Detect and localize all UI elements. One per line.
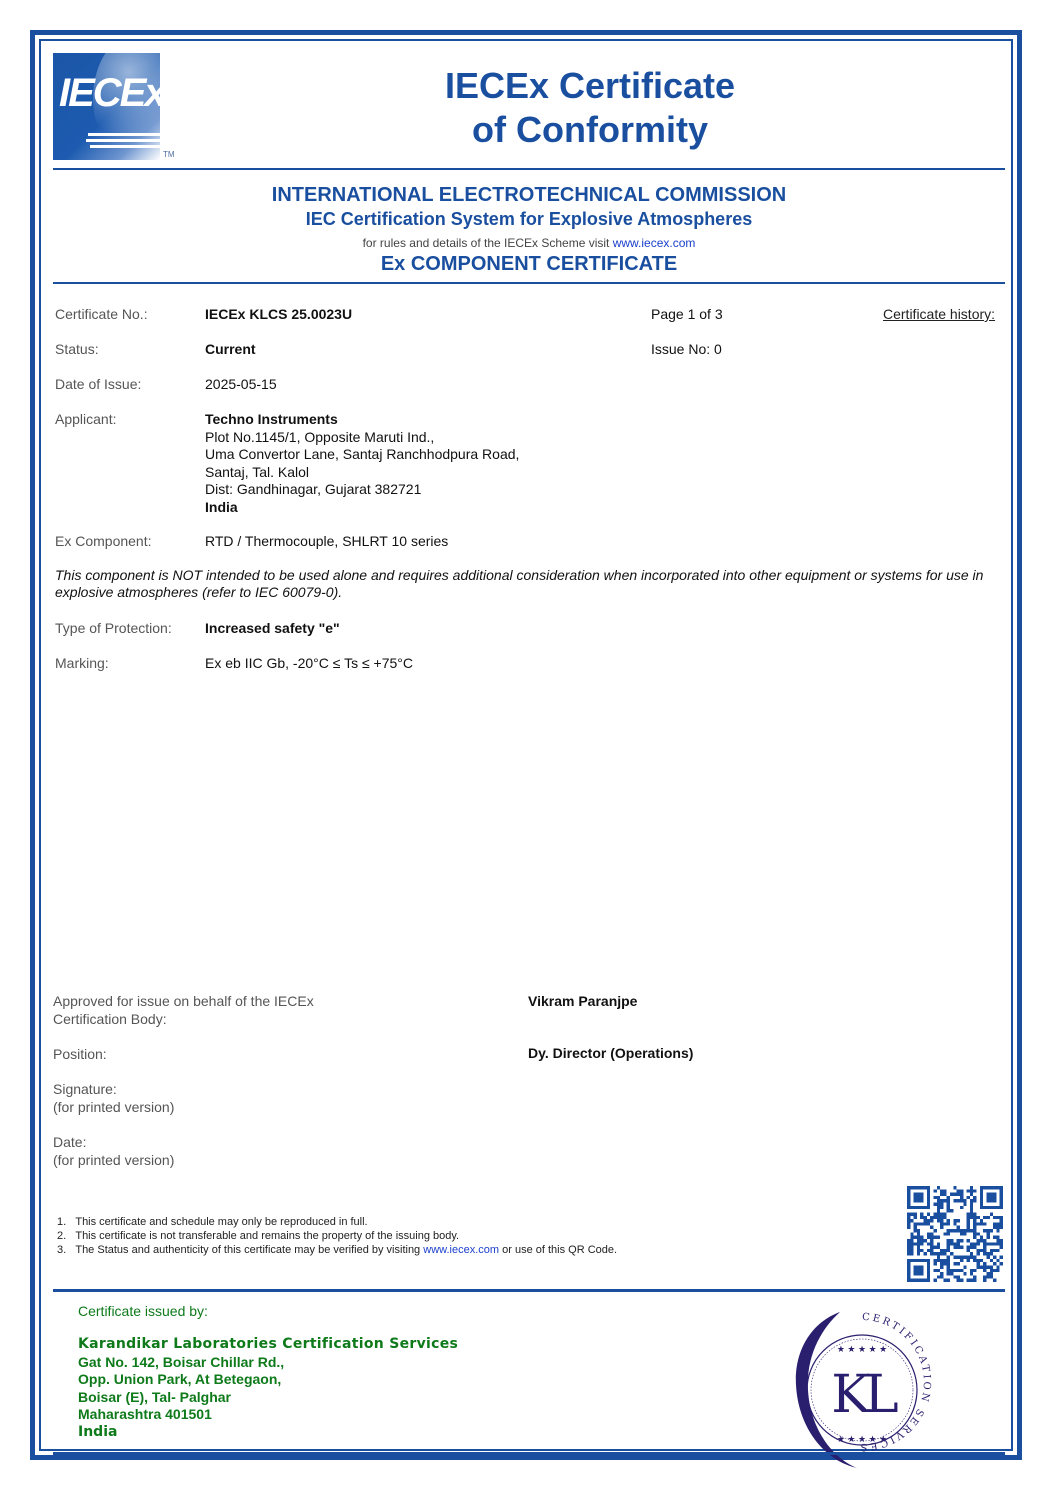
position-value: Dy. Director (Operations): [528, 1045, 693, 1061]
status-value: Current: [205, 341, 256, 357]
system-name: IEC Certification System for Explosive A…: [0, 209, 1058, 230]
issuer-name: Karandikar Laboratories Certification Se…: [78, 1336, 458, 1354]
applicant-address-line: Santaj, Tal. Kalol: [205, 464, 519, 482]
certificate-no-label: Certificate No.:: [55, 306, 148, 322]
divider: [53, 282, 1005, 284]
marking: Ex eb IIC Gb, -20°C ≤ Ts ≤ +75°C: [205, 655, 413, 671]
certificate-no: IECEx KLCS 25.0023U: [205, 306, 352, 322]
rules-text: for rules and details of the IECEx Schem…: [0, 236, 1058, 250]
approver-name: Vikram Paranjpe: [528, 993, 637, 1009]
page-indicator: Page 1 of 3: [651, 306, 723, 322]
protection-type: Increased safety "e": [205, 620, 340, 636]
issuer-address-line: Maharashtra 401501: [78, 1406, 458, 1424]
marking-label: Marking:: [55, 655, 109, 671]
component-note: This component is NOT intended to be use…: [55, 567, 1005, 601]
applicant-country: India: [205, 499, 519, 517]
svg-text:★ ★ ★ ★ ★: ★ ★ ★ ★ ★: [837, 1434, 887, 1444]
page-title: IECEx Certificate of Conformity: [330, 64, 850, 152]
issue-no: Issue No: 0: [651, 341, 722, 357]
applicant-block: Techno Instruments Plot No.1145/1, Oppos…: [205, 411, 519, 516]
issuer-address-line: Opp. Union Park, At Betegaon,: [78, 1371, 458, 1389]
position-label: Position:: [53, 1045, 107, 1063]
applicant-address-line: Dist: Gandhinagar, Gujarat 382721: [205, 481, 519, 499]
svg-text:KL: KL: [831, 1365, 898, 1425]
iecex-verify-link[interactable]: www.iecex.com: [423, 1244, 499, 1256]
divider: [53, 1289, 1005, 1292]
qr-code-icon[interactable]: [907, 1186, 1003, 1282]
issuer-block: Karandikar Laboratories Certification Se…: [78, 1336, 458, 1441]
applicant-name: Techno Instruments: [205, 411, 519, 429]
footnote-3: 3. The Status and authenticity of this c…: [57, 1243, 617, 1257]
iecex-logo: IECEx: [53, 53, 160, 160]
divider: [53, 168, 1005, 170]
certificate-history-link[interactable]: Certificate history:: [883, 306, 995, 322]
issuer-country: India: [78, 1424, 458, 1442]
status-label: Status:: [55, 341, 99, 357]
title-line-2: of Conformity: [330, 108, 850, 152]
ex-component-label: Ex Component:: [55, 533, 152, 549]
date-of-issue: 2025-05-15: [205, 376, 277, 392]
applicant-address-line: Uma Convertor Lane, Santaj Ranchhodpura …: [205, 446, 519, 464]
title-line-1: IECEx Certificate: [330, 64, 850, 108]
ex-component: RTD / Thermocouple, SHLRT 10 series: [205, 533, 448, 549]
signature-label: Signature: (for printed version): [53, 1080, 174, 1116]
svg-text:★ ★ ★ ★ ★: ★ ★ ★ ★ ★: [837, 1344, 887, 1354]
date-label: Date: (for printed version): [53, 1133, 174, 1169]
trademark: TM: [163, 150, 175, 159]
approved-label: Approved for issue on behalf of the IECE…: [53, 992, 314, 1028]
iecex-link[interactable]: www.iecex.com: [613, 236, 696, 250]
bottom-divider: [53, 1452, 1005, 1455]
footnote-2: 2. This certificate is not transferable …: [57, 1229, 459, 1243]
logo-text: IECEx: [59, 71, 160, 116]
applicant-address-line: Plot No.1145/1, Opposite Maruti Ind.,: [205, 429, 519, 447]
issuer-address-line: Boisar (E), Tal- Palghar: [78, 1389, 458, 1407]
issuer-label: Certificate issued by:: [78, 1303, 208, 1319]
footnote-1: 1. This certificate and schedule may onl…: [57, 1215, 368, 1229]
certificate-type: Ex COMPONENT CERTIFICATE: [0, 253, 1058, 276]
date-of-issue-label: Date of Issue:: [55, 376, 141, 392]
protection-label: Type of Protection:: [55, 620, 172, 636]
applicant-label: Applicant:: [55, 411, 116, 427]
org-name: INTERNATIONAL ELECTROTECHNICAL COMMISSIO…: [0, 184, 1058, 207]
issuer-address-line: Gat No. 142, Boisar Chillar Rd.,: [78, 1354, 458, 1372]
